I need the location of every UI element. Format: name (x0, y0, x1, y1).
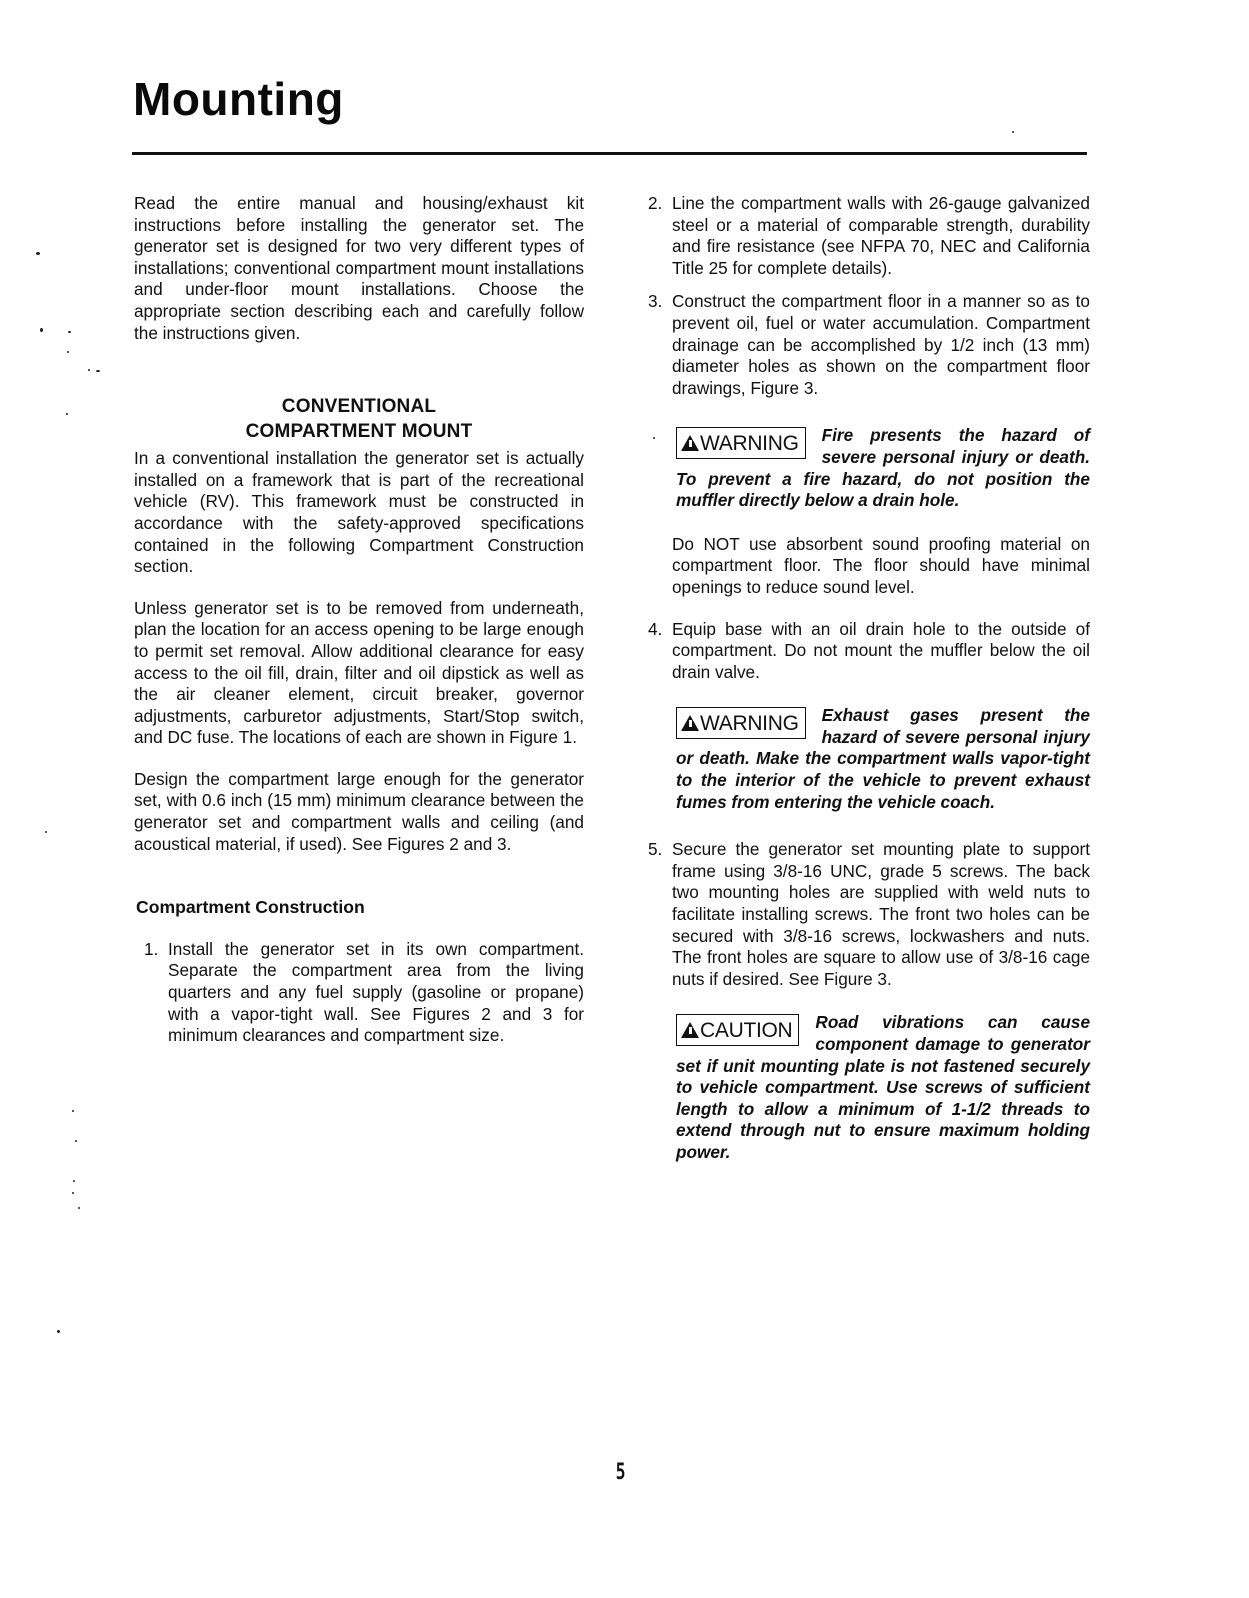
left-column: Read the entire manual and housing/exhau… (134, 193, 584, 1059)
scan-speck (73, 1180, 75, 1182)
title-divider (132, 152, 1087, 155)
list-text: Install the generator set in its own com… (168, 939, 584, 1047)
scan-speck (67, 351, 69, 353)
list-item: 1. Install the generator set in its own … (144, 939, 584, 1047)
warning-badge: WARNING (676, 707, 806, 739)
right-column: 2. Line the compartment walls with 26-ga… (648, 193, 1090, 1180)
list-number: 4. (648, 619, 672, 684)
scan-speck (40, 328, 43, 332)
list-item: 3. Construct the compartment floor in a … (648, 291, 1090, 399)
warning-triangle-icon (681, 715, 699, 731)
list-text: Line the compartment walls with 26-gauge… (672, 193, 1090, 279)
list-item: 5. Secure the generator set mounting pla… (648, 839, 1090, 990)
list-item: 2. Line the compartment walls with 26-ga… (648, 193, 1090, 279)
caution-notice: CAUTION Road vibrations can cause compon… (676, 1012, 1090, 1163)
list-item: 4. Equip base with an oil drain hole to … (648, 619, 1090, 684)
caution-badge: CAUTION (676, 1014, 799, 1046)
body-paragraph: Design the compartment large enough for … (134, 769, 584, 855)
scan-speck (75, 1140, 77, 1142)
warning-notice-exhaust: WARNING Exhaust gases present the hazard… (676, 705, 1090, 813)
list-text: Construct the compartment floor in a man… (672, 291, 1090, 399)
list-number: 3. (648, 291, 672, 399)
scan-speck (78, 1207, 80, 1209)
scan-speck (96, 370, 100, 372)
scan-speck (1012, 131, 1014, 133)
construction-list: 1. Install the generator set in its own … (134, 939, 584, 1047)
scan-speck (72, 1110, 74, 1112)
section-heading: CONVENTIONAL COMPARTMENT MOUNT (134, 394, 584, 444)
caution-label: CAUTION (700, 1017, 792, 1044)
warning-triangle-icon (681, 435, 699, 451)
sub-heading: Compartment Construction (136, 897, 584, 919)
warning-label: WARNING (700, 430, 799, 457)
scan-speck (653, 437, 655, 439)
list-text: Secure the generator set mounting plate … (672, 839, 1090, 990)
caution-triangle-icon (681, 1022, 699, 1038)
section-heading-line1: CONVENTIONAL (134, 394, 584, 419)
warning-label: WARNING (700, 710, 799, 737)
list-number: 5. (648, 839, 672, 990)
list-text: Equip base with an oil drain hole to the… (672, 619, 1090, 684)
list-number: 1. (144, 939, 168, 1047)
scan-speck (66, 413, 68, 415)
intro-paragraph: Read the entire manual and housing/exhau… (134, 193, 584, 344)
warning-badge: WARNING (676, 427, 806, 459)
scan-speck (72, 1192, 74, 1194)
body-paragraph: Unless generator set is to be removed fr… (134, 598, 584, 749)
scan-speck (45, 831, 47, 833)
section-heading-line2: COMPARTMENT MOUNT (134, 419, 584, 444)
list-number: 2. (648, 193, 672, 279)
scan-speck (57, 1330, 60, 1333)
page-number: 5 (616, 1460, 626, 1485)
page-title: Mounting (133, 72, 344, 126)
scan-speck (88, 369, 90, 371)
scan-speck (36, 252, 40, 255)
floor-note: Do NOT use absorbent sound proofing mate… (672, 534, 1090, 599)
body-paragraph: In a conventional installation the gener… (134, 448, 584, 578)
warning-notice-fire: WARNING Fire presents the hazard of seve… (676, 425, 1090, 511)
scan-speck (68, 331, 71, 333)
